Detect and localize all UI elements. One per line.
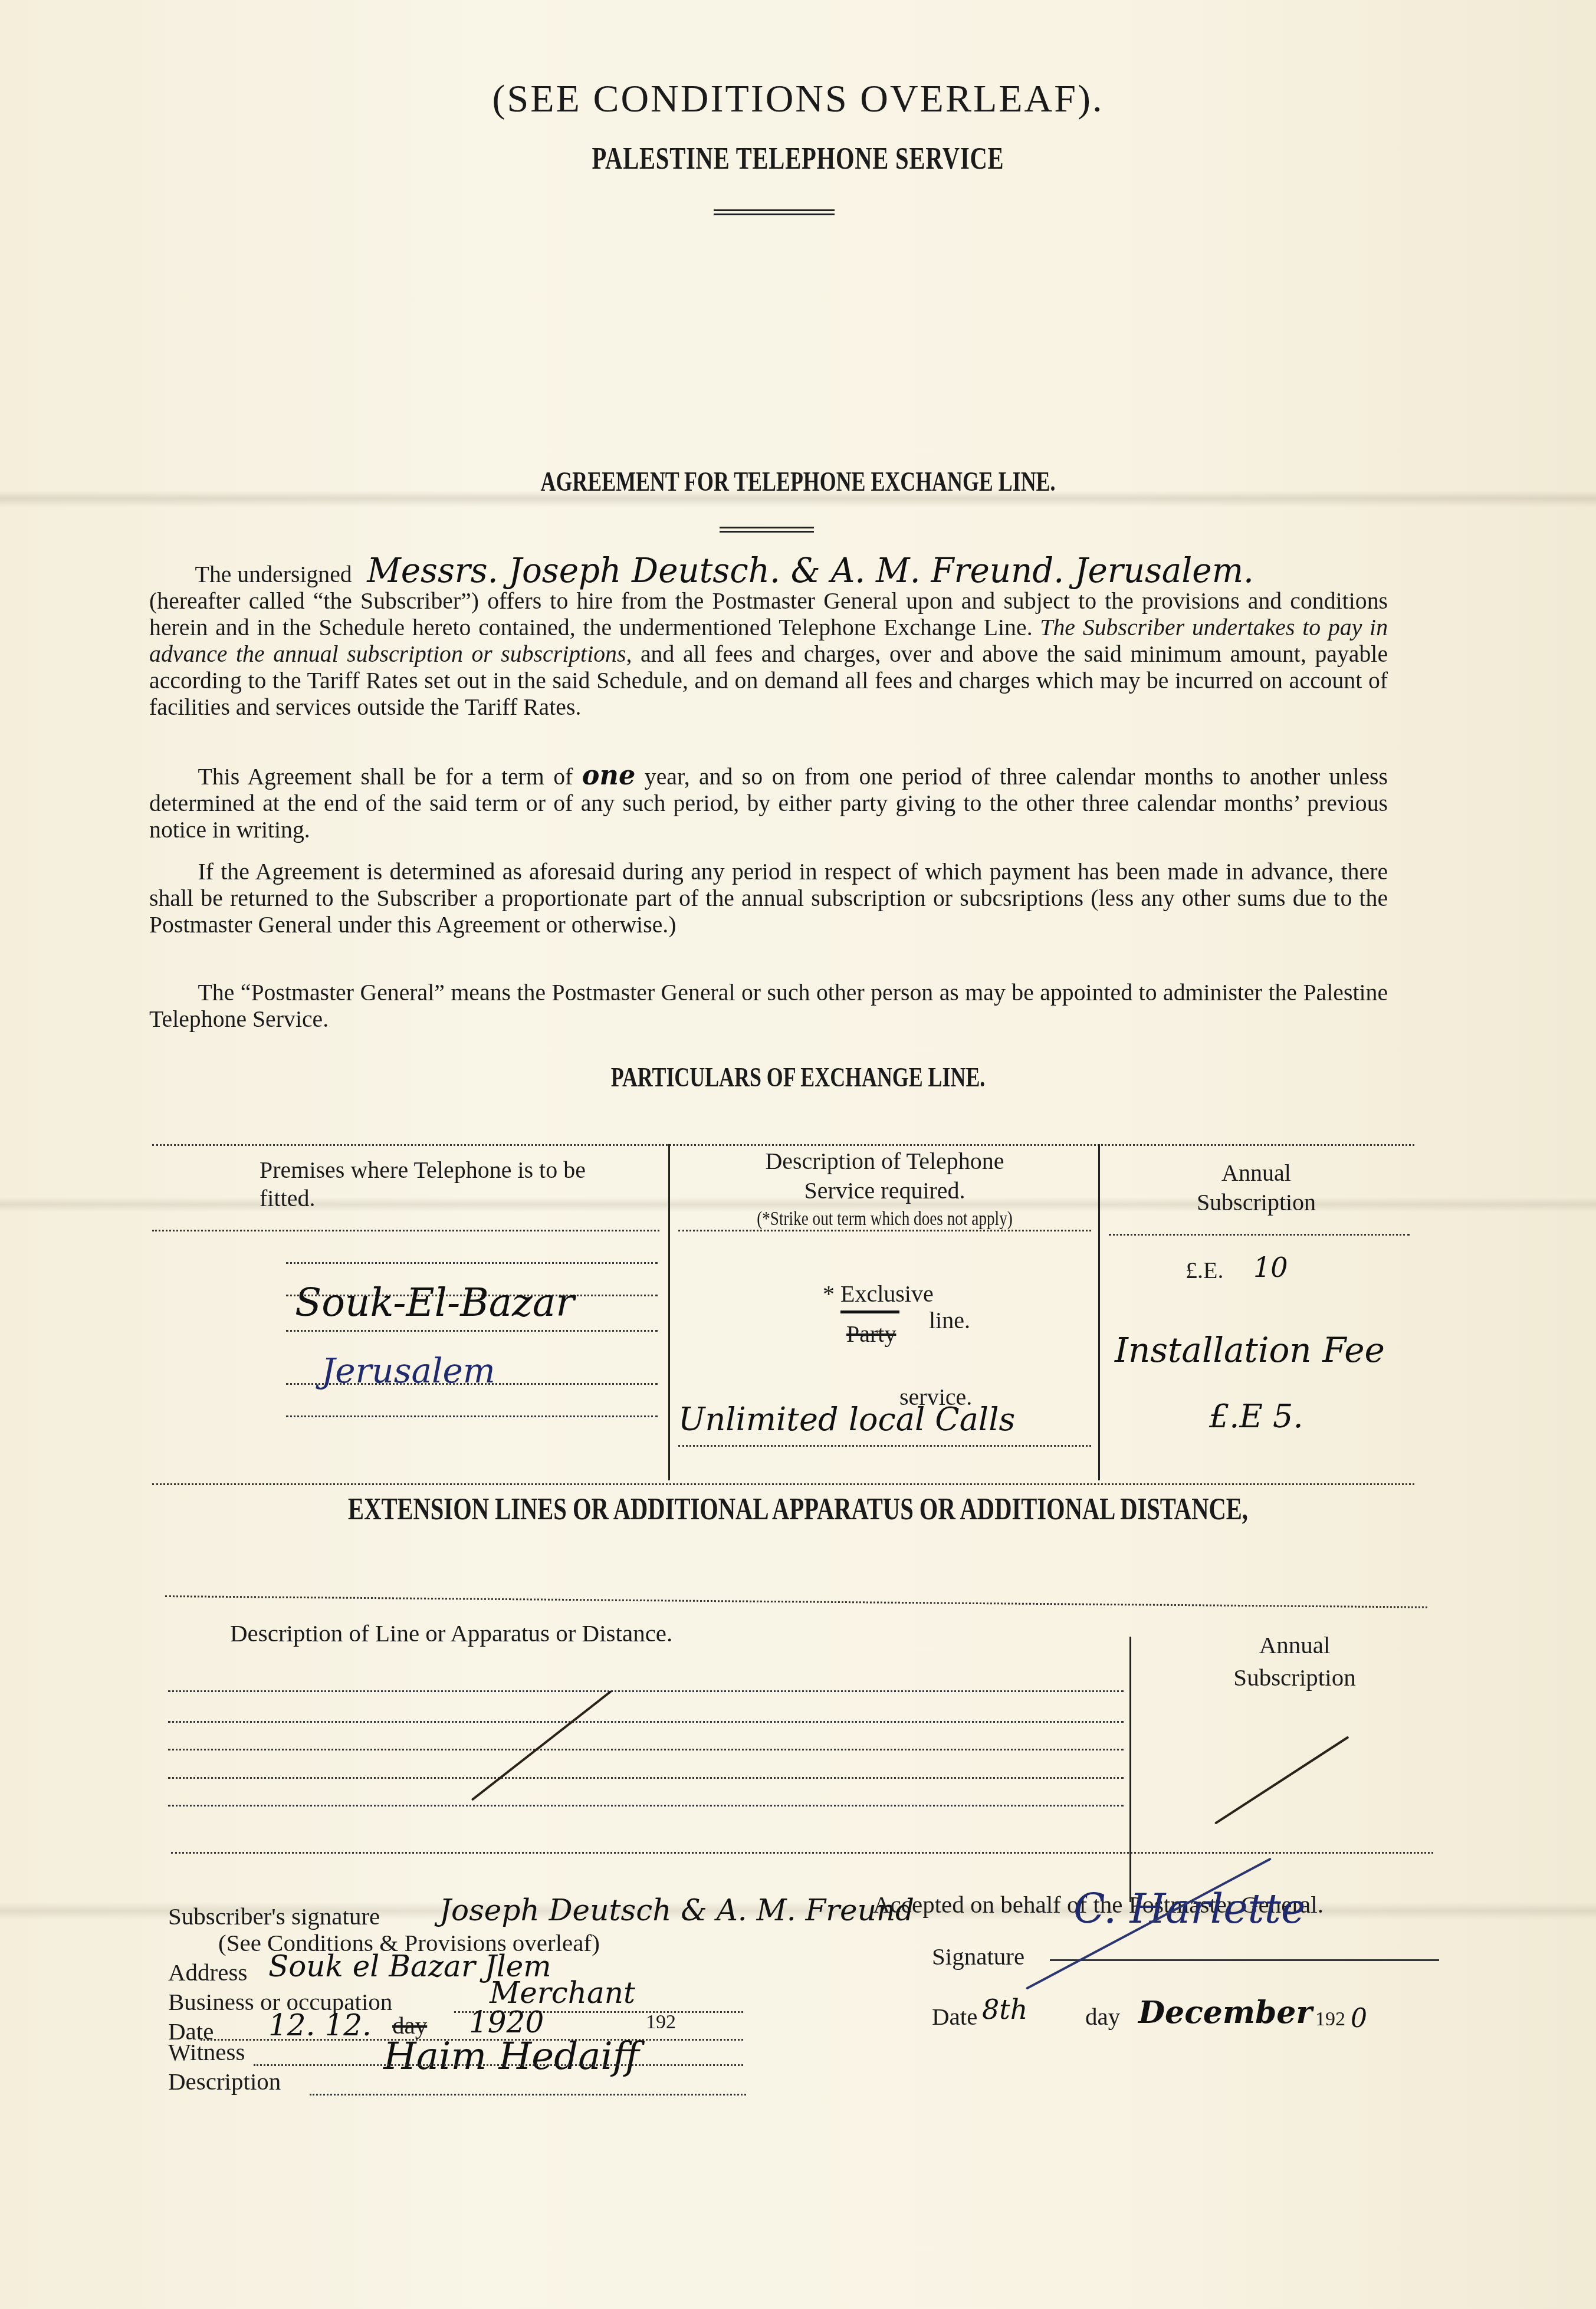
service-header-2: Service required. [672,1177,1097,1205]
premises-handwritten-1: Souk-El-Bazar [295,1280,574,1325]
date-day-value: 12. 12. [268,2008,372,2042]
installation-fee-label: Installation Fee [1115,1330,1385,1370]
extension-line [168,1749,1124,1750]
pm-year-prefix: 192 [1315,2008,1345,2031]
description-line [310,2094,746,2095]
pm-signature-line [1050,1959,1439,1961]
extension-annual-1: Annual [1156,1631,1433,1659]
exclusive-option: * Exclusive [823,1280,934,1308]
subscriber-name-handwritten: Messrs. Joseph Deutsch. & A. M. Freund. … [358,550,1254,590]
strike-note: (*Strike out term which does not apply) [715,1208,1055,1230]
overleaf-note: (SEE CONDITIONS OVERLEAF). [0,77,1596,121]
pm-day-word: day [1085,2002,1120,2031]
service-sub-rule [678,1230,1091,1231]
agreement-rule [720,527,814,533]
pm-date-label: Date [932,2002,977,2031]
premises-handwritten-2: Jerusalem [321,1351,495,1391]
premises-sub-rule [152,1230,659,1231]
undersigned-label: The undersigned [149,560,352,587]
extension-annual-2: Subscription [1156,1663,1433,1691]
extension-title: EXTENSION LINES OR ADDITIONAL APPARATUS … [176,1492,1421,1527]
extension-line [168,1721,1124,1723]
extension-col1-header: Description of Line or Apparatus or Dist… [230,1619,672,1647]
service-header-1: Description of Telephone [672,1147,1097,1175]
pm-signature-value: C. Harlette [1073,1884,1305,1933]
extension-col-divider [1129,1637,1131,1902]
particulars-title: PARTICULARS OF EXCHANGE LINE. [176,1062,1421,1093]
para2-start: This Agreement shall be for a term of [198,763,573,790]
premises-line [286,1330,658,1332]
extension-line [168,1805,1124,1807]
particulars-top-rule [152,1144,1414,1146]
premises-line [286,1262,658,1264]
premises-header: Premises where Telephone is to be fitted… [260,1156,637,1213]
party-option-struck: Party [846,1320,896,1348]
title-rule [714,209,835,215]
agreement-paragraph-2: This Agreement shall be for a term of on… [149,762,1388,843]
service-handwritten: Unlimited local Calls [678,1401,1015,1438]
agreement-paragraph-1: The undersigned Messrs. Joseph Deutsch. … [149,557,1388,720]
term-handwritten: one [582,759,636,791]
extension-line [168,1777,1124,1779]
annual-header-1: Annual [1103,1159,1410,1187]
agreement-paragraph-4: The “Postmaster General” means the Postm… [149,979,1388,1032]
subscriber-signature-value: Joseph Deutsch & A. M. Freund [439,1893,914,1927]
installation-fee-amount: £.E 5. [1209,1398,1303,1435]
year-prefix: 192 [646,2011,676,2034]
fraction-bar [840,1310,899,1313]
annual-sub-rule [1109,1234,1410,1236]
premises-line [286,1415,658,1417]
agreement-paragraph-3: If the Agreement is determined as afores… [149,858,1388,938]
pm-year-suffix: 0 [1351,2003,1367,2034]
extension-bottom-rule [171,1852,1433,1854]
description-label: Description [168,2067,281,2095]
agreement-title: AGREEMENT FOR TELEPHONE EXCHANGE LINE. [176,466,1421,497]
witness-line [254,2064,743,2066]
particulars-col-divider-2 [1098,1144,1100,1480]
pm-date-day: 8th [982,1993,1027,2025]
line-word: line. [929,1306,970,1335]
pm-signature-label: Signature [932,1942,1024,1970]
address-label: Address [168,1958,247,1986]
service-title: PALESTINE TELEPHONE SERVICE [176,142,1421,176]
witness-value: Haim Hedaiff [383,2035,639,2078]
witness-label: Witness [168,2038,245,2066]
particulars-col-divider-1 [668,1144,670,1480]
extension-line [168,1690,1124,1692]
subscriber-signature-label: Subscriber's signature [168,1902,380,1930]
subscription-amount: 10 [1253,1252,1288,1283]
subscription-currency: £.E. [1185,1256,1223,1285]
service-line [678,1445,1091,1447]
pm-date-month: December [1138,1995,1312,2031]
particulars-bottom-rule [152,1483,1414,1485]
annual-header-2: Subscription [1103,1188,1410,1217]
